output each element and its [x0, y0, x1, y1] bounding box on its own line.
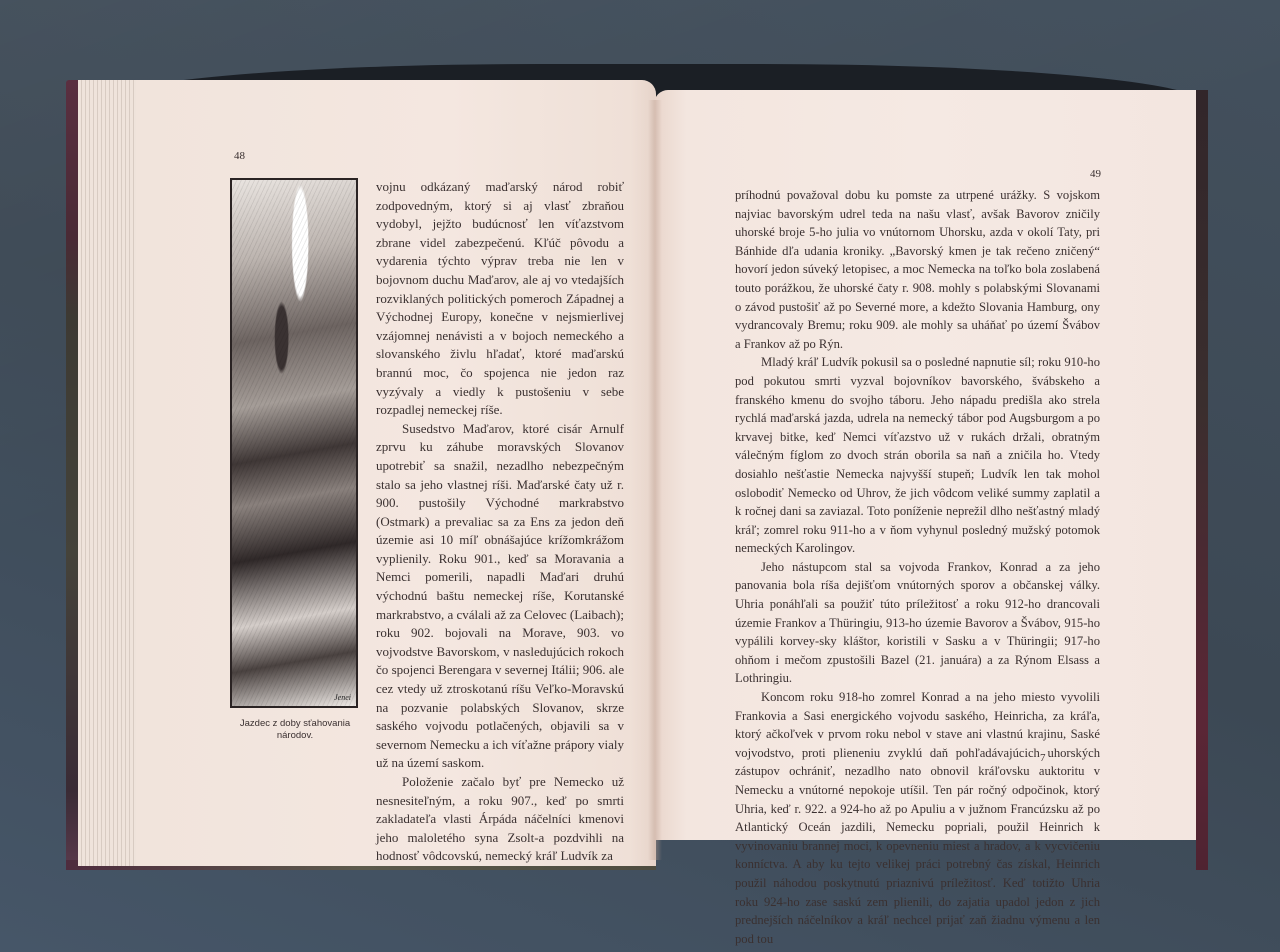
- right-page-text: príhodnú považoval dobu ku pomste za utr…: [735, 186, 1100, 948]
- book-cover-right-edge: [1196, 90, 1208, 870]
- paragraph: vojnu odkázaný maďarský národ robiť zodp…: [376, 178, 624, 420]
- paragraph: Koncom roku 918-ho zomrel Konrad a na je…: [735, 688, 1100, 948]
- paragraph: Mladý kráľ Ludvík pokusil sa o posledné …: [735, 353, 1100, 558]
- illustration-caption: Jazdec z doby sťahovania národov.: [222, 718, 368, 742]
- left-page-number: 48: [234, 150, 245, 162]
- page-edges-stack: [78, 80, 138, 866]
- book-gutter: [648, 100, 662, 860]
- left-page-text: vojnu odkázaný maďarský národ robiť zodp…: [376, 178, 624, 866]
- engraving-hatching: [232, 180, 356, 706]
- paragraph: Susedstvo Maďarov, ktoré cisár Arnulf zp…: [376, 420, 624, 773]
- paragraph: Jeho nástupcom stal sa vojvoda Frankov, …: [735, 558, 1100, 688]
- paragraph: príhodnú považoval dobu ku pomste za utr…: [735, 186, 1100, 353]
- illustration-signature: Jenei: [334, 693, 351, 702]
- signature-mark: 7: [1040, 752, 1046, 764]
- horseman-engraving-illustration: Jenei: [230, 178, 358, 708]
- paragraph: Položenie začalo byť pre Nemecko už nesn…: [376, 773, 624, 866]
- right-page-number: 49: [1090, 168, 1101, 180]
